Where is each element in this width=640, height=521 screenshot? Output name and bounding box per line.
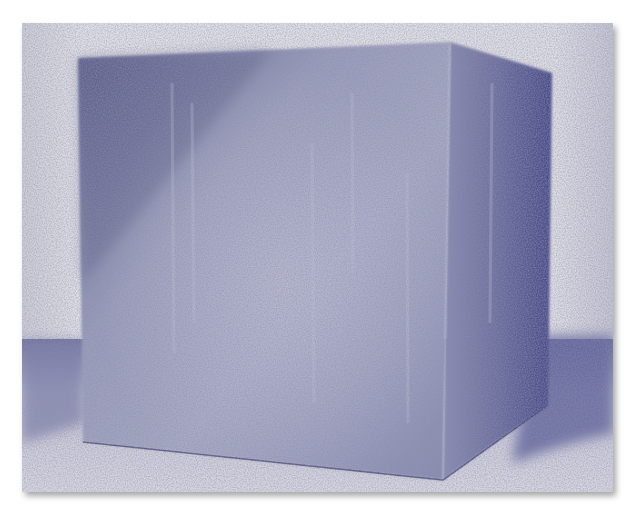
cube-photograph — [22, 23, 613, 492]
photo-print — [22, 23, 613, 492]
